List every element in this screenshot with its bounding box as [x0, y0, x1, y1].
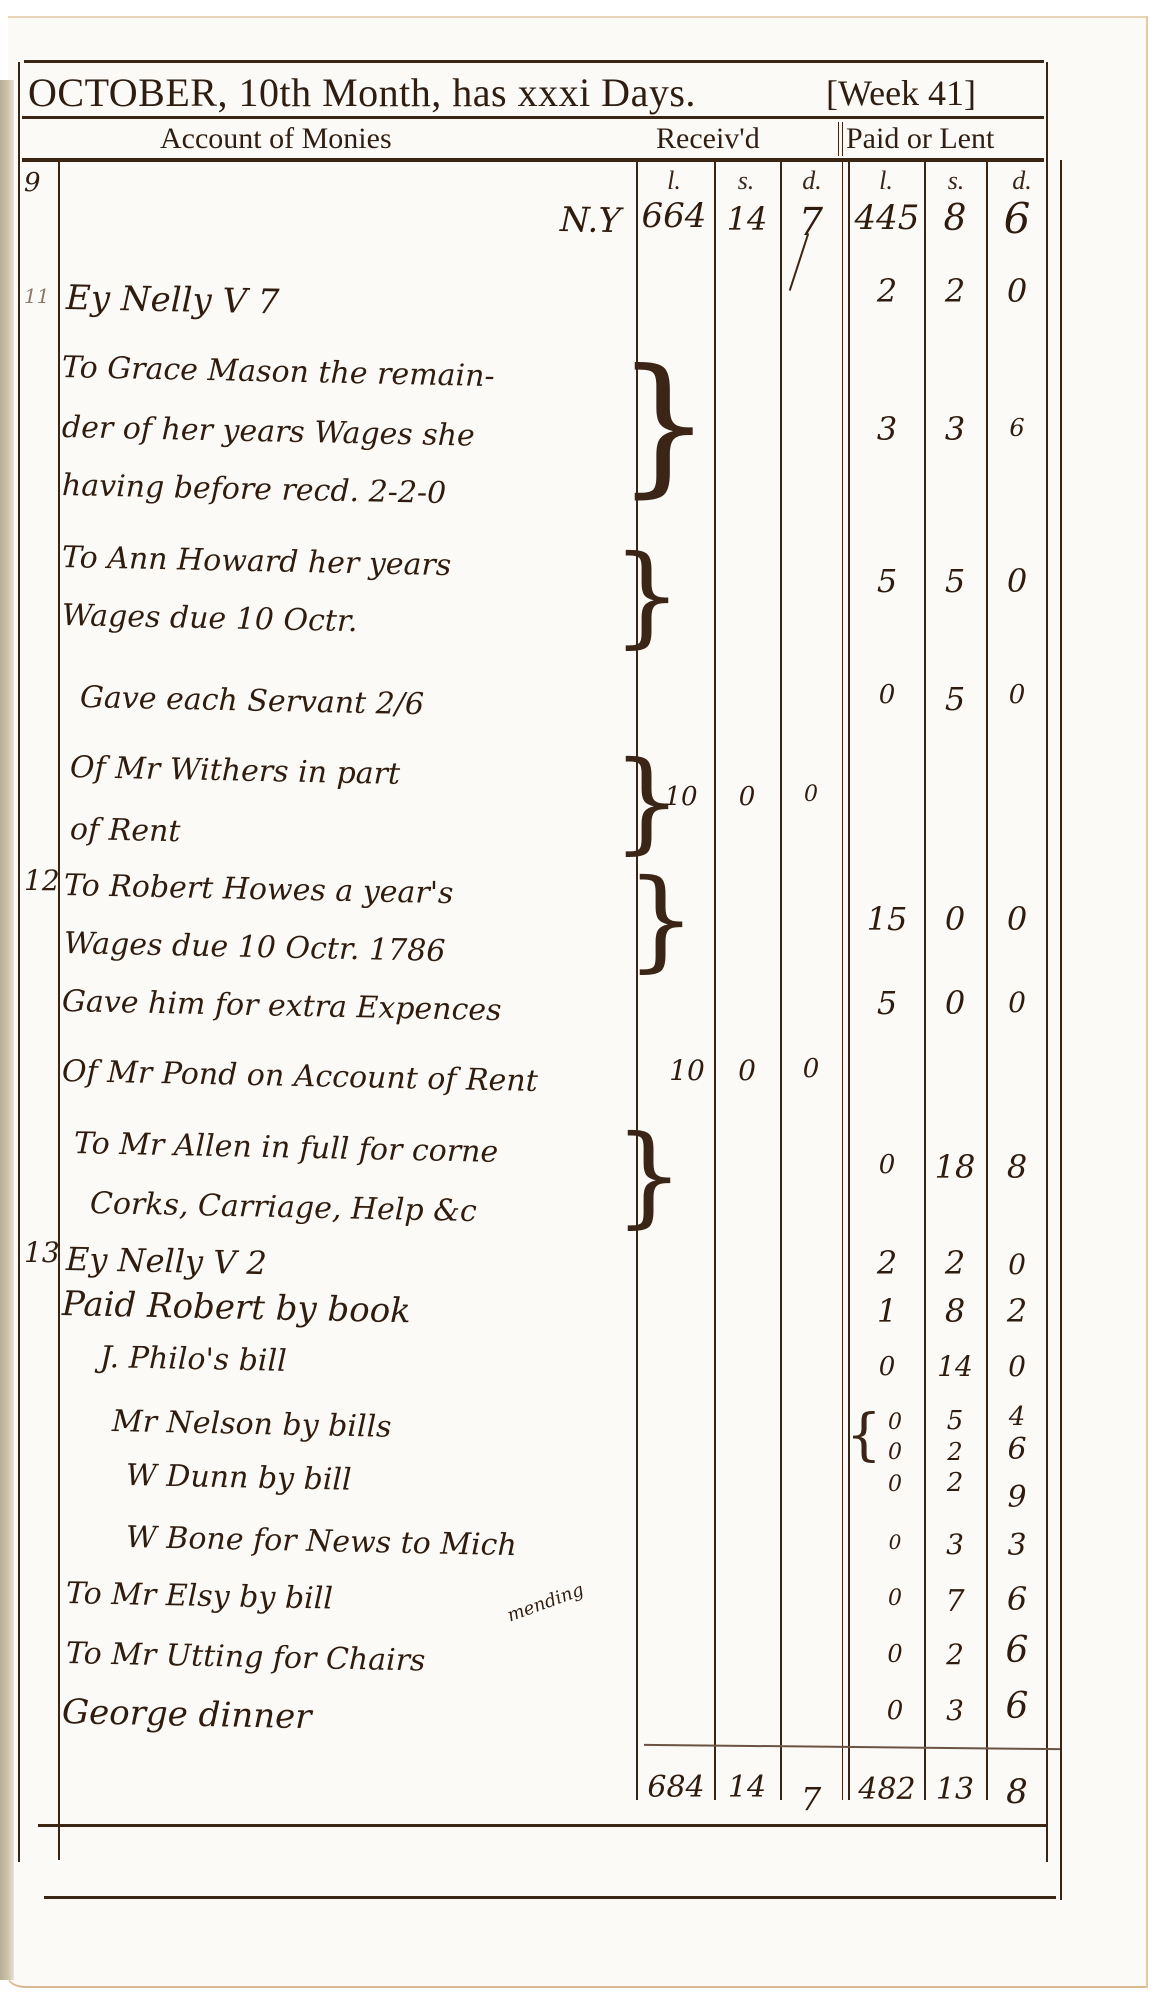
paid-pence: 0: [986, 986, 1048, 1019]
entry-description: Of Mr Withers in part: [70, 750, 401, 792]
paid-double-rule-b: [848, 160, 850, 1800]
paid-pounds: 445: [848, 198, 926, 238]
paid-pounds: 0: [848, 1352, 926, 1382]
grouping-brace: }: [616, 350, 711, 500]
week-label: [Week 41]: [826, 70, 976, 116]
paid-pounds: 0: [856, 1640, 934, 1668]
grouping-brace: }: [626, 864, 696, 974]
paid-pence: 0: [986, 900, 1048, 938]
paid-shillings: 2: [924, 1468, 986, 1498]
page-title: OCTOBER, 10th Month, has xxxi Days.: [28, 68, 696, 118]
received-d-unit: d.: [782, 166, 842, 196]
account-header: Account of Monies: [160, 120, 392, 158]
paid-pounds: 2: [848, 272, 926, 310]
paid-pence: 0: [986, 272, 1048, 310]
entry-date: 12: [24, 864, 56, 897]
header-double-rule-a: [838, 122, 839, 156]
entry-description: Ey Nelly V 7: [66, 278, 280, 322]
paid-shillings: 3: [924, 1694, 986, 1727]
received-pounds: 664: [632, 196, 716, 236]
paid-pence: 0: [986, 1248, 1048, 1281]
top-rule: [24, 60, 1044, 63]
received-shillings: 0: [714, 1054, 780, 1087]
paid-s-unit: s.: [926, 166, 986, 196]
received-pence: 7: [780, 200, 842, 244]
paid-shillings: 5: [924, 1406, 986, 1436]
entry-description: W Dunn by bill: [126, 1458, 352, 1498]
paid-pounds: 2: [848, 1244, 926, 1282]
entry-description: Ey Nelly V 2: [66, 1240, 268, 1282]
received-pounds: 10: [648, 782, 714, 812]
paid-d-unit: d.: [992, 166, 1052, 196]
paid-shillings: 18: [924, 1148, 986, 1186]
paid-outer-rule: [1060, 160, 1062, 1900]
paid-shillings: 0: [924, 900, 986, 938]
entry-description: George dinner: [62, 1692, 312, 1737]
paid-pence: 6: [986, 194, 1048, 243]
date-column-rule: [58, 160, 60, 1860]
entry-description: N.Y: [560, 200, 622, 241]
paid-pence: 4: [986, 1402, 1048, 1432]
paid-pence: 6: [986, 1630, 1048, 1671]
paid-shillings: 2: [924, 272, 986, 310]
paid-pounds: 0: [856, 1472, 934, 1497]
grouping-brace: }: [612, 540, 682, 650]
paid-pence: 8: [986, 1148, 1048, 1186]
entry-date: 11: [24, 284, 56, 308]
paid-shillings: 2: [924, 1438, 986, 1466]
bottom-rule-2: [44, 1896, 1056, 1899]
paid-pence: 0: [986, 562, 1048, 600]
paid-header: Paid or Lent: [846, 120, 994, 158]
paid-shillings: 0: [924, 984, 986, 1022]
grouping-brace: }: [614, 1120, 684, 1230]
received-pounds: 10: [654, 1054, 720, 1087]
paid-pence: 6: [986, 414, 1048, 442]
paid-pounds: 3: [848, 410, 926, 448]
received-s-unit: s.: [716, 166, 776, 196]
paid-pounds: 0: [848, 680, 926, 710]
paid-pence: 6: [986, 1432, 1048, 1467]
outer-left-border: [18, 62, 20, 1862]
paid-pounds: 0: [856, 1410, 934, 1435]
paid-shillings: 2: [924, 1244, 986, 1282]
received-shillings: 14: [714, 200, 780, 238]
entry-description: To Mr Elsy by bill: [66, 1576, 334, 1617]
paid-pounds: 5: [848, 562, 926, 600]
paid-shillings: 5: [924, 562, 986, 600]
paid-double-rule-a: [842, 160, 843, 1800]
received-shillings: 0: [714, 782, 780, 812]
received-pence: 0: [780, 782, 842, 807]
entry-description: J. Philo's bill: [100, 1340, 287, 1379]
paid-pounds: 0: [856, 1696, 934, 1726]
paid-pounds: 0: [856, 1586, 934, 1611]
total-received-shillings: 14: [714, 1770, 780, 1805]
received-d-rule: [780, 160, 782, 1800]
paid-shillings: 2: [924, 1638, 986, 1671]
paid-pence: 6: [986, 1580, 1048, 1618]
header-double-rule-b: [842, 122, 843, 156]
paid-pounds: 15: [848, 900, 926, 938]
paid-shillings: 3: [924, 1528, 986, 1561]
paid-pounds: 5: [848, 984, 926, 1022]
paid-pence: 0: [986, 1350, 1048, 1383]
paid-pence: 6: [986, 1686, 1048, 1727]
entry-description-line2: Wages due 10 Octr.: [62, 598, 358, 639]
page-binding-edge: [0, 80, 14, 1980]
paid-pence: 9: [986, 1480, 1048, 1515]
paid-l-unit: l.: [856, 166, 916, 196]
total-paid-pounds: 482: [848, 1772, 926, 1807]
paid-shillings: 3: [924, 410, 986, 448]
paid-pounds: 0: [856, 1530, 934, 1554]
paid-pence: 2: [986, 1292, 1048, 1330]
entry-description: To Mr Utting for Chairs: [66, 1636, 426, 1679]
entry-description: Gave each Servant 2/6: [80, 680, 425, 722]
paid-shillings: 5: [924, 680, 986, 718]
received-pence: 0: [780, 1054, 842, 1084]
paid-pounds: 0: [856, 1440, 934, 1465]
header-bottom-rule: [22, 158, 1044, 162]
total-received-pounds: 684: [636, 1770, 716, 1805]
paid-shillings: 14: [924, 1350, 986, 1383]
paid-shillings: 8: [924, 1292, 986, 1330]
total-paid-shillings: 13: [924, 1772, 986, 1807]
received-header: Receiv'd: [656, 120, 760, 158]
entry-description: Mr Nelson by bills: [112, 1404, 392, 1445]
total-received-pence: 7: [780, 1780, 842, 1818]
paid-pence: 3: [986, 1528, 1048, 1563]
entry-date: 13: [24, 1236, 56, 1269]
entry-date: 9: [24, 168, 56, 198]
paid-shillings: 7: [924, 1584, 986, 1619]
entry-description: Paid Robert by book: [62, 1284, 412, 1331]
bottom-rule-1: [38, 1824, 1048, 1827]
entry-description-line2: of Rent: [70, 812, 181, 849]
received-l-unit: l.: [644, 166, 704, 196]
paid-pounds: 0: [848, 1150, 926, 1180]
total-paid-pence: 8: [986, 1772, 1048, 1812]
paid-pounds: 1: [848, 1292, 926, 1330]
paid-pence: 0: [986, 680, 1048, 710]
paid-shillings: 8: [924, 198, 986, 239]
received-s-rule: [714, 160, 716, 1800]
